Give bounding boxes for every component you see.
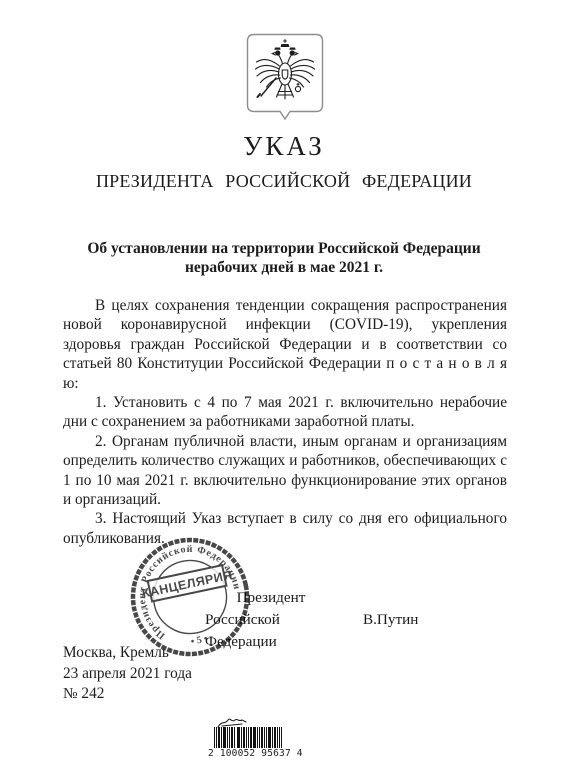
paragraph-item-1: 1. Установить с 4 по 7 мая 2021 г. включ… xyxy=(63,393,507,432)
doc-subject-heading: Об установлении на территории Российской… xyxy=(0,239,568,277)
double-headed-eagle-icon xyxy=(246,33,324,121)
issuance-block: Москва, Кремль 23 апреля 2021 года № 242 xyxy=(63,643,192,705)
doc-subject-line-1: Об установлении на территории Российской… xyxy=(0,239,568,258)
issuance-date: 23 апреля 2021 года xyxy=(63,664,192,685)
doc-issuer-subtitle: ПРЕЗИДЕНТА РОССИЙСКОЙ ФЕДЕРАЦИИ xyxy=(0,171,568,191)
barcode-bars xyxy=(214,727,282,748)
doc-body: В целях сохранения тенденции сокращения … xyxy=(63,296,507,548)
paragraph-item-2: 2. Органам публичной власти, иным органа… xyxy=(63,432,507,510)
stamp-bottom-number: • 5 • xyxy=(190,633,209,647)
doc-subject-line-2: нерабочих дней в мае 2021 г. xyxy=(0,258,568,277)
decree-document-page: УКАЗ ПРЕЗИДЕНТА РОССИЙСКОЙ ФЕДЕРАЦИИ Об … xyxy=(0,0,568,775)
barcode-number: 2 100052 95637 4 xyxy=(208,748,290,759)
signature-name: В.Путин xyxy=(363,609,418,631)
paragraph-preamble: В целях сохранения тенденции сокращения … xyxy=(63,296,507,393)
coat-of-arms-box xyxy=(246,33,324,121)
doc-type-title: УКАЗ xyxy=(0,131,568,161)
issuance-place: Москва, Кремль xyxy=(63,643,192,664)
decree-number: № 242 xyxy=(63,684,192,705)
